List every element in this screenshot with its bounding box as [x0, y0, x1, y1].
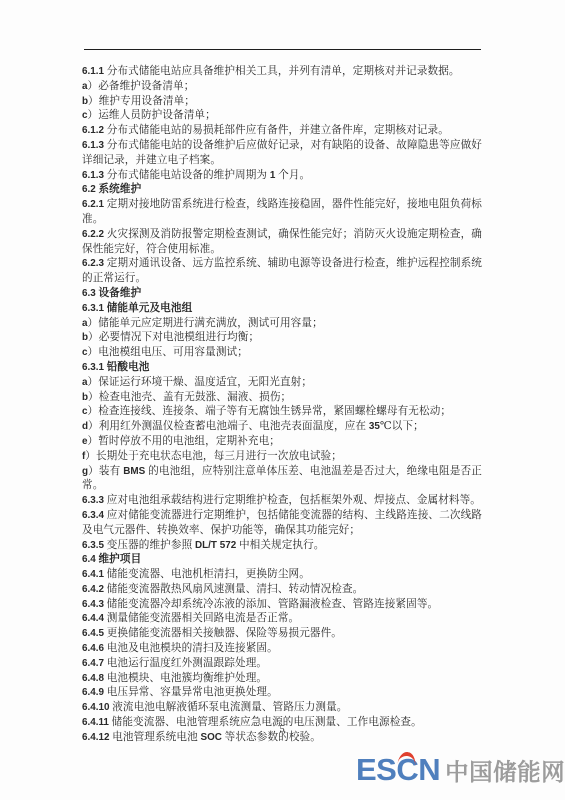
- paragraph: 6.4.2 储能变流器散热风扇风速测量、清扫、转动情况检查。: [82, 583, 482, 598]
- escn-logo-chinese: 中国储能网: [445, 759, 565, 786]
- paragraph: g）装有 BMS 的电池组，应特别注意单体压差、电池温差是否过大，绝缘电阻是否正…: [82, 465, 482, 495]
- paragraph: 6.2.3 定期对通讯设备、远方监控系统、辅助电源等设备进行检查，维护远程控制系…: [82, 257, 482, 287]
- logo-letter-n: N: [418, 752, 440, 787]
- paragraph: c）运维人员防护设备清单；: [82, 109, 482, 124]
- paragraph: c）电池模组电压、可用容量测试；: [82, 346, 482, 361]
- document-page: 6.1.1 分布式储能电站应具备维护相关工具，并列有清单，定期核对并记录数据。a…: [0, 0, 565, 800]
- paragraph: 6.4.6 电池及电池模块的清扫及连接紧固。: [82, 642, 482, 657]
- paragraph: e）暂时停放不用的电池组，定期补充电；: [82, 435, 482, 450]
- paragraph: 6.3.3 应对电池组承载结构进行定期维护检查，包括框架外观、焊接点、金属材料等…: [82, 494, 482, 509]
- paragraph: 6.4 维护项目: [82, 553, 482, 568]
- paragraph: 6.2.1 定期对接地防雷系统进行检查，线路连接稳固，器件性能完好，接地电阻负荷…: [82, 198, 482, 228]
- paragraph: 6.3.1 铅酸电池: [82, 361, 482, 376]
- paragraph: 6.1.3 分布式储能电站设备的维护周期为 1 个月。: [82, 169, 482, 184]
- paragraph: 6.4.3 储能变流器冷却系统冷冻液的添加、管路漏液检查、管路连接紧固等。: [82, 598, 482, 613]
- page-number: 5: [82, 724, 482, 735]
- paragraph: 6.1.3 分布式储能电站的设备维护后应做好记录，对有缺陷的设备、故障隐患等应做…: [82, 139, 482, 169]
- header-rule: [84, 49, 481, 50]
- paragraph: 6.1.1 分布式储能电站应具备维护相关工具，并列有清单，定期核对并记录数据。: [82, 65, 482, 80]
- paragraph: f）长期处于充电状态电池，每三月进行一次放电试验；: [82, 450, 482, 465]
- paragraph: 6.4.10 液流电池电解液循环泵电流测量、管路压力测量。: [82, 701, 482, 716]
- paragraph: 6.4.8 电池模块、电池簇均衡维护处理。: [82, 672, 482, 687]
- paragraph: a）必备维护设备清单；: [82, 80, 482, 95]
- paragraph: 6.3.1 储能单元及电池组: [82, 302, 482, 317]
- escn-logo: ESCN 中国储能网: [356, 752, 565, 788]
- paragraph: 6.2 系统维护: [82, 183, 482, 198]
- logo-letter-c: C: [396, 752, 418, 788]
- paragraph: d）利用红外测温仪检查蓄电池端子、电池壳表面温度，应在 35℃以下；: [82, 420, 482, 435]
- paragraph: 6.3.4 应对储能变流器进行定期维护，包括储能变流器的结构、主线路连接、二次线…: [82, 509, 482, 539]
- paragraph: 6.4.9 电压异常、容量异常电池更换处理。: [82, 686, 482, 701]
- paragraph: 6.3.5 变压器的维护参照 DL/T 572 中相关规定执行。: [82, 539, 482, 554]
- document-body: 6.1.1 分布式储能电站应具备维护相关工具，并列有清单，定期核对并记录数据。a…: [82, 65, 482, 746]
- paragraph: a）保证运行环境干燥、温度适宜，无阳光直射；: [82, 376, 482, 391]
- paragraph: b）必要情况下对电池模组进行均衡；: [82, 331, 482, 346]
- paragraph: 6.4.7 电池运行温度红外测温跟踪处理。: [82, 657, 482, 672]
- paragraph: 6.1.2 分布式储能电站的易损耗部件应有备件，并建立备件库，定期核对记录。: [82, 124, 482, 139]
- paragraph: b）维护专用设备清单；: [82, 95, 482, 110]
- paragraph: 6.3 设备维护: [82, 287, 482, 302]
- paragraph: b）检查电池壳、盖有无鼓涨、漏液、损伤；: [82, 391, 482, 406]
- paragraph: 6.2.2 火灾探测及消防报警定期检查测试，确保性能完好；消防灭火设施定期检查，…: [82, 228, 482, 258]
- paragraph: 6.4.1 储能变流器、电池机柜清扫，更换防尘网。: [82, 568, 482, 583]
- paragraph: 6.4.5 更换储能变流器相关接触器、保险等易损元器件。: [82, 627, 482, 642]
- paragraph: a）储能单元应定期进行满充满放，测试可用容量；: [82, 317, 482, 332]
- logo-letters-es: ES: [356, 752, 396, 787]
- paragraph: 6.4.4 测量储能变流器相关回路电流是否正常。: [82, 612, 482, 627]
- paragraph: c）检查连接线、连接条、端子等有无腐蚀生锈异常，紧固螺栓螺母有无松动；: [82, 405, 482, 420]
- escn-logo-text: ESCN: [356, 752, 440, 788]
